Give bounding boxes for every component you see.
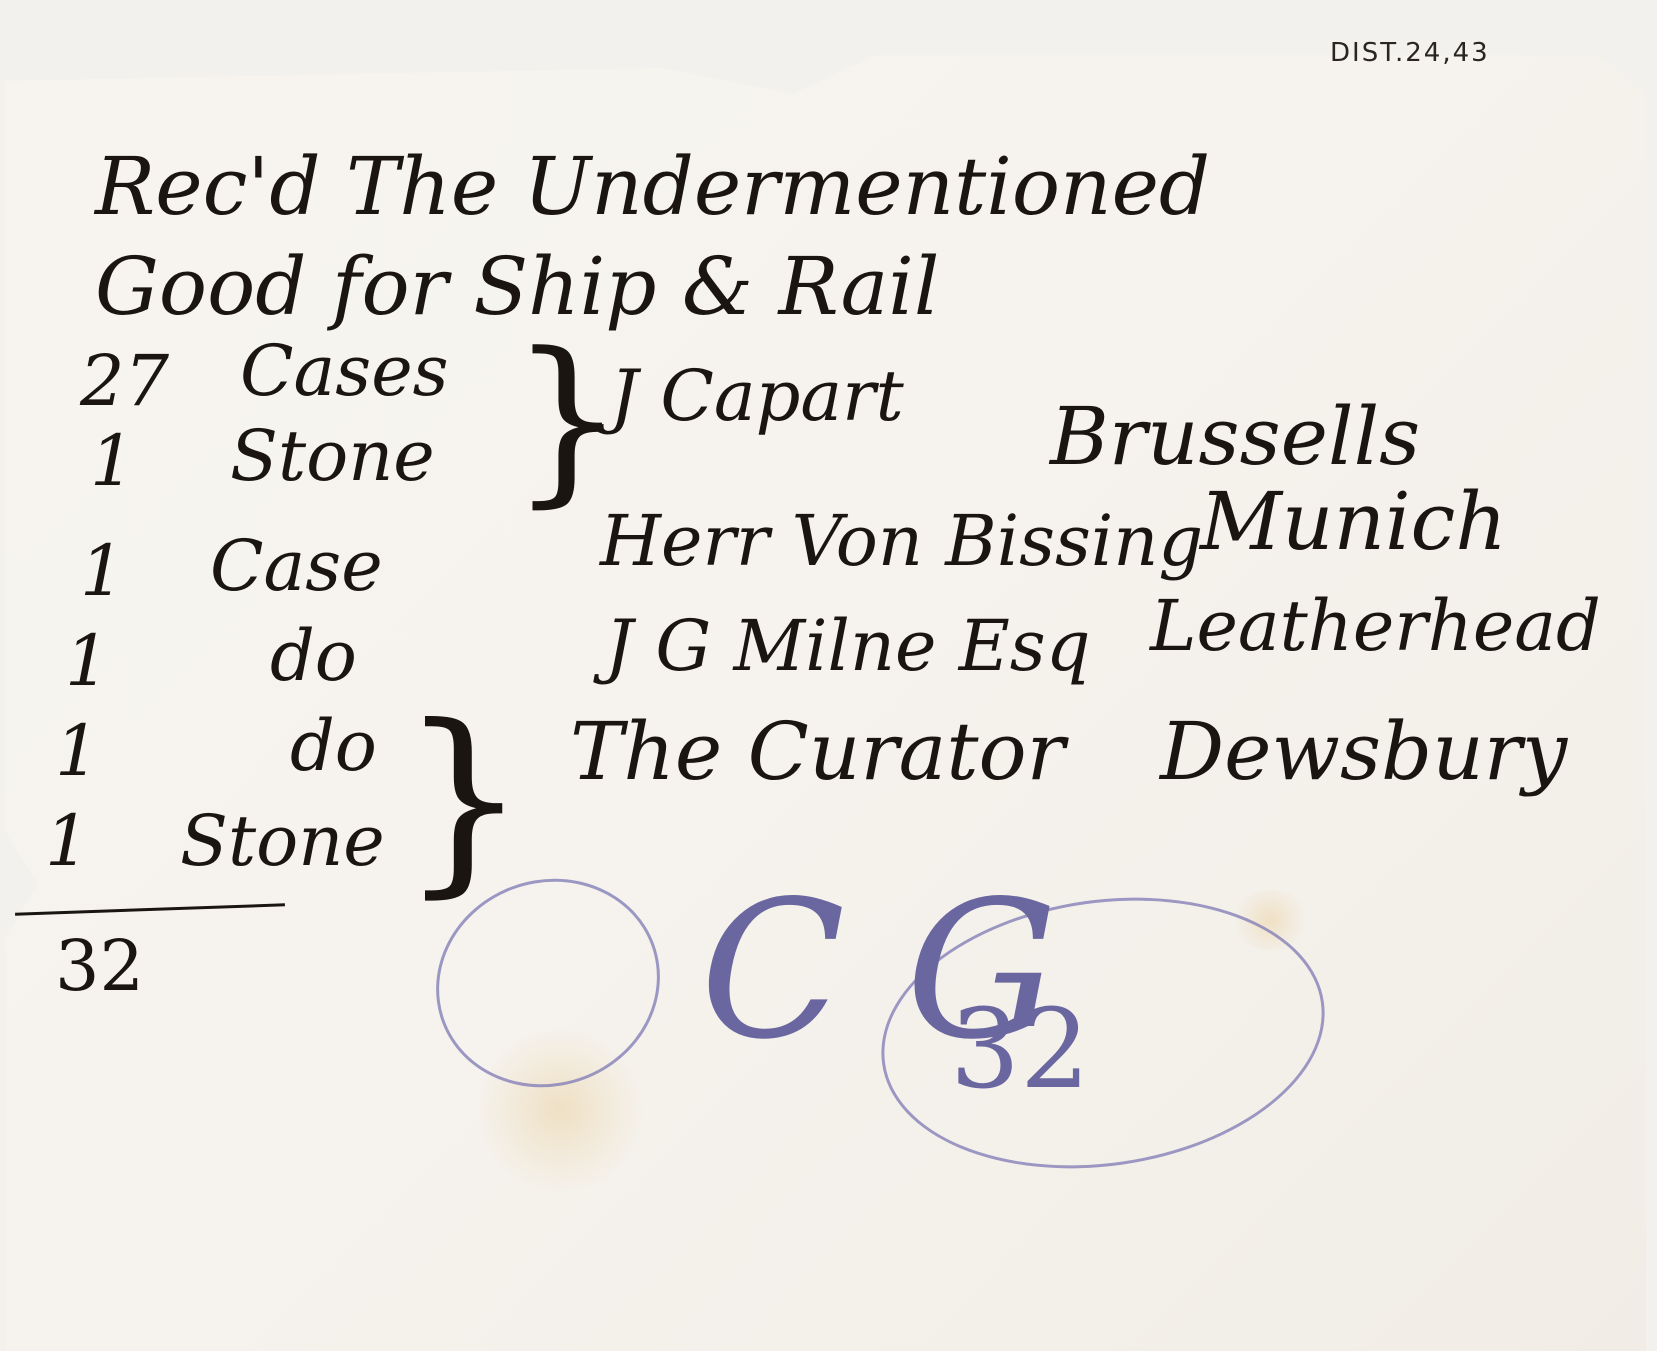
heading-line-1: Rec'd The Undermentioned xyxy=(95,140,1210,233)
item-description: Stone xyxy=(180,800,385,882)
total-count: 32 xyxy=(55,925,144,1007)
recipient-name: The Curator xyxy=(570,705,1065,798)
item-description: Stone xyxy=(230,415,435,497)
recipient-place: Munich xyxy=(1200,475,1507,568)
brace: } xyxy=(510,330,625,510)
recipient-place: Brussells xyxy=(1050,390,1420,483)
reference-number: DIST.24,43 xyxy=(1330,38,1490,68)
item-qty: 1 xyxy=(65,620,110,702)
recipient-place: Leatherhead xyxy=(1150,585,1601,667)
item-description: do xyxy=(290,705,377,787)
item-qty: 1 xyxy=(45,800,90,882)
item-description: Case xyxy=(210,525,383,607)
brace: } xyxy=(400,700,527,900)
recipient-place: Dewsbury xyxy=(1160,705,1567,798)
recipient-name: J G Milne Esq xyxy=(605,605,1091,687)
monogram-number: 32 xyxy=(950,985,1090,1113)
item-qty: 1 xyxy=(90,420,135,502)
recipient-name: J Capart xyxy=(610,355,904,437)
item-qty: 1 xyxy=(55,710,100,792)
item-description: Cases xyxy=(240,330,449,412)
item-description: do xyxy=(270,615,357,697)
item-qty: 27 xyxy=(80,340,169,422)
recipient-name: Herr Von Bissing xyxy=(600,500,1203,582)
item-qty: 1 xyxy=(80,530,125,612)
